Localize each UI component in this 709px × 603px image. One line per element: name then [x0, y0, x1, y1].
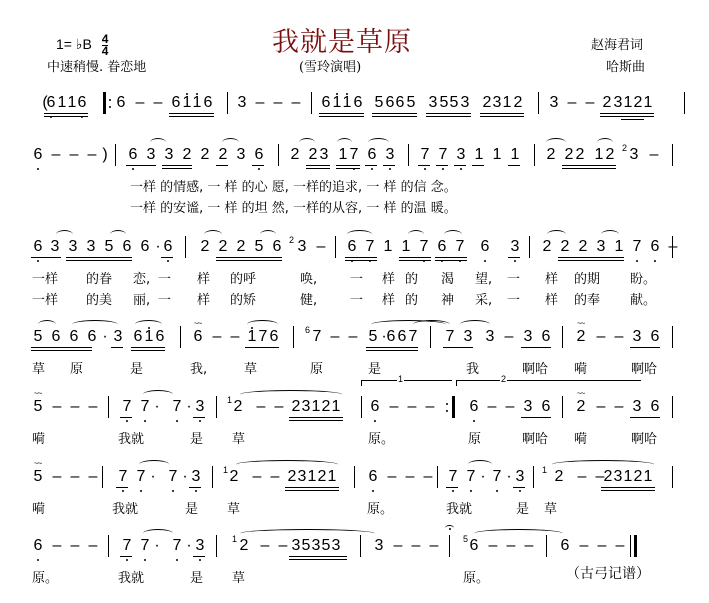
underline — [366, 347, 418, 348]
note: – — [87, 468, 99, 486]
high-dot — [186, 93, 188, 95]
slur — [135, 320, 162, 329]
underline — [319, 116, 364, 117]
note: – — [51, 537, 63, 555]
low-dot — [199, 420, 201, 422]
slur — [204, 230, 222, 239]
paren: ) — [99, 146, 111, 164]
note: 3 — [631, 398, 643, 416]
lyric: 草 — [227, 498, 240, 517]
note: – — [422, 468, 434, 486]
low-dot — [37, 260, 39, 262]
note: 7 — [437, 146, 449, 164]
underline — [345, 260, 377, 261]
song-title: 我就是草原 — [272, 20, 412, 59]
slur — [347, 230, 372, 239]
barline — [672, 396, 673, 418]
underline — [521, 417, 551, 418]
lyric-line: 一样 的情感, 一 样 的心 愿, 一样的追求, 一 样 的信 念。 — [130, 176, 457, 195]
note: 6 — [271, 238, 283, 256]
lyric: 一 — [507, 268, 520, 287]
note: – — [347, 328, 359, 346]
barline — [335, 236, 336, 258]
underline — [289, 559, 347, 560]
note: 3 — [509, 238, 521, 256]
note: 3 — [318, 146, 330, 164]
low-dot — [452, 490, 454, 492]
grace-note: 6 — [305, 326, 310, 335]
underline — [621, 487, 644, 488]
slur — [299, 138, 315, 147]
note: 2 — [289, 146, 301, 164]
note: – — [392, 537, 404, 555]
note: 6 — [127, 146, 139, 164]
underline — [120, 417, 132, 418]
low-dot — [654, 260, 656, 262]
lyric: 我就 — [446, 498, 472, 517]
key-label: 1= ♭B — [56, 36, 92, 52]
slur — [413, 320, 450, 329]
repeat-dot — [446, 403, 448, 405]
note: 7 — [407, 328, 419, 346]
low-dot — [37, 559, 39, 561]
note: 6 — [76, 94, 88, 112]
barline — [354, 466, 355, 488]
note: 3 — [384, 146, 396, 164]
slur — [139, 460, 169, 469]
note: 1 — [382, 238, 394, 256]
lyric: 一样 — [32, 289, 58, 308]
slur — [468, 460, 492, 469]
underline — [169, 113, 214, 114]
slur — [601, 230, 619, 239]
slur — [552, 460, 654, 469]
low-dot — [496, 490, 498, 492]
note: 6 — [559, 537, 571, 555]
volta-2 — [456, 380, 641, 386]
note: – — [315, 238, 327, 256]
note: – — [503, 328, 515, 346]
lyric: 采, — [475, 289, 492, 308]
note: 6 — [468, 537, 480, 555]
lyric: 是 — [190, 428, 203, 447]
note: – — [87, 537, 99, 555]
barline — [672, 236, 673, 258]
note: 6 — [32, 238, 44, 256]
lyric: 我就 — [112, 498, 138, 517]
underline — [443, 347, 473, 348]
lyric: 我就 — [118, 567, 144, 586]
slur — [460, 320, 490, 329]
lyric: 是 — [516, 498, 529, 517]
note: – — [486, 398, 498, 416]
note: – — [51, 398, 63, 416]
lyric: 的 — [405, 268, 418, 287]
note: – — [254, 94, 266, 112]
underline — [630, 417, 660, 418]
lyric: 是 — [368, 358, 381, 377]
underline — [44, 113, 88, 114]
low-dot — [460, 168, 462, 170]
note: – — [595, 398, 607, 416]
note: 3 — [514, 468, 526, 486]
note: · — [477, 468, 489, 486]
note: 1 — [613, 238, 625, 256]
barline — [684, 92, 685, 114]
note: 6 — [649, 328, 661, 346]
key-signature: 1= ♭B 4 4 — [56, 34, 108, 57]
slur — [72, 320, 118, 329]
low-dot — [167, 260, 169, 262]
lyric: 草 — [232, 567, 245, 586]
barline — [212, 466, 213, 488]
lyric: 的呼 — [230, 268, 256, 287]
note: – — [152, 94, 164, 112]
note: 3 — [85, 238, 97, 256]
note: 5 — [32, 328, 44, 346]
note: – — [273, 398, 285, 416]
note: 7 — [418, 238, 430, 256]
barline — [278, 144, 279, 166]
note: 2 — [512, 94, 524, 112]
note: 6 — [649, 238, 661, 256]
note: 6 — [268, 328, 280, 346]
note: 7 — [121, 537, 133, 555]
note: 7 — [171, 398, 183, 416]
note: 1 — [491, 146, 503, 164]
note: – — [584, 94, 596, 112]
grace-note: 2 — [289, 236, 294, 245]
note: 2 — [574, 146, 586, 164]
barline — [360, 535, 361, 557]
underline — [66, 257, 132, 258]
note: – — [251, 468, 263, 486]
barline — [180, 326, 181, 348]
underline — [472, 165, 484, 166]
grace-note: 5 — [463, 535, 468, 544]
low-dot — [140, 490, 142, 492]
note: 6 — [436, 238, 448, 256]
low-dot — [519, 490, 521, 492]
lyric: 一 — [507, 289, 520, 308]
note: – — [504, 398, 516, 416]
barline — [449, 535, 450, 557]
note: 3 — [455, 146, 467, 164]
lyric: 的 — [405, 289, 418, 308]
underline — [372, 113, 417, 114]
note: · — [147, 468, 159, 486]
grace-note: 1 — [223, 466, 228, 475]
low-dot — [172, 490, 174, 492]
slur — [408, 230, 424, 239]
note: – — [578, 537, 590, 555]
lyric: 的矫 — [230, 289, 256, 308]
note: – — [648, 146, 660, 164]
slur — [546, 138, 566, 147]
lyric: 一 — [158, 268, 171, 287]
note: – — [388, 398, 400, 416]
underline — [289, 420, 343, 421]
note: 3 — [296, 238, 308, 256]
underline — [600, 116, 654, 117]
note: – — [229, 328, 241, 346]
note: 7 — [171, 537, 183, 555]
mordent: ~~ — [577, 321, 584, 327]
slur — [547, 230, 566, 239]
barline — [538, 92, 539, 114]
underline — [169, 116, 214, 117]
low-dot — [484, 260, 486, 262]
low-dot — [514, 260, 516, 262]
slur — [260, 230, 276, 239]
barline — [227, 92, 228, 114]
note: 2 — [199, 238, 211, 256]
note: 2 — [575, 328, 587, 346]
barline — [546, 535, 547, 557]
underline — [383, 165, 395, 166]
lyric: 原 — [70, 358, 83, 377]
slur — [247, 320, 278, 329]
note: – — [69, 537, 81, 555]
barline — [672, 466, 673, 488]
low-dot — [473, 420, 475, 422]
note: 3 — [145, 146, 157, 164]
note: 3 — [235, 146, 247, 164]
underline — [216, 257, 282, 258]
note: – — [667, 238, 679, 256]
underline — [31, 347, 92, 348]
note: – — [613, 328, 625, 346]
barline — [108, 535, 109, 557]
underline — [162, 168, 192, 169]
lyric: 的美 — [86, 289, 112, 308]
underline — [345, 257, 377, 258]
underline — [562, 168, 616, 169]
underline — [399, 257, 431, 258]
barline — [430, 326, 431, 348]
lyric: 的奉 — [574, 289, 600, 308]
note: 2 — [575, 398, 587, 416]
fermata-dot — [449, 528, 451, 530]
underline — [558, 257, 624, 258]
note: 3 — [236, 94, 248, 112]
slur — [150, 138, 166, 147]
slur — [222, 138, 239, 147]
lyric: 我, — [190, 358, 207, 377]
note: 2 — [217, 238, 229, 256]
note: 7 — [135, 468, 147, 486]
note: 7 — [139, 398, 151, 416]
lyric: 的期 — [574, 268, 600, 287]
underline — [365, 165, 377, 166]
slur — [38, 320, 56, 329]
note: 1 — [642, 94, 654, 112]
lyric: 望, — [475, 268, 492, 287]
barline — [108, 396, 109, 418]
underline — [193, 417, 205, 418]
slur — [56, 230, 73, 239]
underline — [285, 490, 339, 491]
note: 2 — [541, 238, 553, 256]
slur — [143, 529, 173, 538]
slur — [236, 460, 338, 469]
lyric-line: 一样 的安谧, 一 样 的坦 然, 一样的从容, 一 样 的温 暖。 — [130, 197, 457, 216]
note: 6 — [162, 238, 174, 256]
barline — [437, 466, 438, 488]
slur — [368, 138, 389, 147]
note: – — [86, 146, 98, 164]
note: – — [329, 328, 341, 346]
barline — [529, 236, 530, 258]
note: – — [614, 537, 626, 555]
note: – — [406, 398, 418, 416]
lyric: 一样 — [32, 268, 58, 287]
low-dot — [122, 490, 124, 492]
lyric: 样 — [545, 268, 558, 287]
repeat-dot — [109, 99, 111, 101]
slur — [240, 529, 375, 538]
note: 6 — [32, 537, 44, 555]
barline — [562, 396, 563, 418]
low-dot — [126, 420, 128, 422]
repeat-end-bar — [452, 396, 455, 418]
note: 3 — [522, 328, 534, 346]
lyric: 一 — [158, 289, 171, 308]
note: 1 — [326, 468, 338, 486]
slur — [474, 529, 563, 538]
note: – — [566, 94, 578, 112]
note: – — [424, 398, 436, 416]
note: – — [50, 146, 62, 164]
underline — [508, 165, 520, 166]
underline — [480, 113, 524, 114]
mordent: ~~ — [34, 391, 41, 397]
note: 2 — [232, 398, 244, 416]
note: 2 — [545, 146, 557, 164]
underline — [435, 260, 467, 261]
underline — [601, 490, 655, 491]
low-dot — [636, 260, 638, 262]
lyric: 草 — [244, 358, 257, 377]
note: 5 — [405, 94, 417, 112]
lyric: 唤, — [300, 268, 317, 287]
underline — [558, 260, 624, 261]
low-dot — [144, 559, 146, 561]
note: 7 — [454, 238, 466, 256]
underline — [319, 113, 364, 114]
lyric: 献。 — [630, 289, 656, 308]
note: 6 — [68, 328, 80, 346]
composer: 哈斯曲 — [606, 56, 645, 75]
volta-2-label: 2 — [500, 374, 507, 384]
note: 6 — [253, 146, 265, 164]
note: – — [69, 468, 81, 486]
underline — [309, 417, 332, 418]
barline — [102, 466, 103, 488]
underline — [161, 257, 173, 258]
note: 6 — [649, 398, 661, 416]
lyric: 样 — [382, 289, 395, 308]
note: 2 — [577, 238, 589, 256]
note: – — [134, 94, 146, 112]
barline — [185, 236, 186, 258]
lyric: 一 — [350, 268, 363, 287]
underline — [66, 260, 132, 261]
grace-note: 1 — [232, 535, 237, 544]
note: 7 — [465, 468, 477, 486]
note: 3 — [484, 328, 496, 346]
lyric: 嗬 — [574, 358, 587, 377]
note: 2 — [235, 238, 247, 256]
note: 6 — [352, 94, 364, 112]
underline — [162, 165, 192, 166]
note: 6 — [86, 328, 98, 346]
note: 3 — [190, 468, 202, 486]
note: 7 — [117, 468, 129, 486]
underline — [454, 165, 466, 166]
lyric: 啊哈 — [631, 358, 657, 377]
underline — [399, 260, 431, 261]
underline — [216, 165, 228, 166]
lyric: 渴 — [441, 268, 454, 287]
low-dot — [389, 168, 391, 170]
lyric: 草 — [232, 428, 245, 447]
note: · — [99, 328, 111, 346]
lyric: 丽, — [133, 289, 150, 308]
note: 7 — [491, 468, 503, 486]
low-dot — [132, 168, 134, 170]
high-dot — [336, 93, 338, 95]
mordent: ~~ — [34, 461, 41, 467]
underline — [372, 116, 417, 117]
note: – — [505, 537, 517, 555]
volta-1 — [361, 380, 452, 386]
underline — [435, 257, 467, 258]
note: 2 — [199, 146, 211, 164]
barline — [311, 92, 312, 114]
slur — [143, 390, 173, 399]
grace-note: 1 — [227, 396, 232, 405]
note: 2 — [228, 468, 240, 486]
lyricist: 赵海君词 — [591, 34, 643, 53]
note: 6 — [154, 328, 166, 346]
note: 6 — [369, 398, 381, 416]
underline — [193, 556, 205, 557]
note: 6 — [366, 146, 378, 164]
lyric: 是 — [190, 567, 203, 586]
note: – — [523, 537, 535, 555]
underline — [216, 260, 282, 261]
lyric: 我就 — [118, 428, 144, 447]
underline — [44, 116, 88, 117]
lyric: 的眷 — [86, 268, 112, 287]
lyric: 盼。 — [630, 268, 656, 287]
lyric: 啊哈 — [522, 428, 548, 447]
underline — [256, 347, 279, 348]
underline — [131, 350, 165, 351]
slur — [444, 230, 462, 239]
lyric: 样 — [197, 289, 210, 308]
low-dot — [424, 168, 426, 170]
note: 3 — [631, 328, 643, 346]
underline — [31, 350, 92, 351]
grace-note: 2 — [622, 144, 627, 153]
note: 7 — [121, 398, 133, 416]
note: 2 — [181, 146, 193, 164]
slur — [240, 390, 342, 399]
high-dot — [196, 93, 198, 95]
note: 3 — [459, 94, 471, 112]
